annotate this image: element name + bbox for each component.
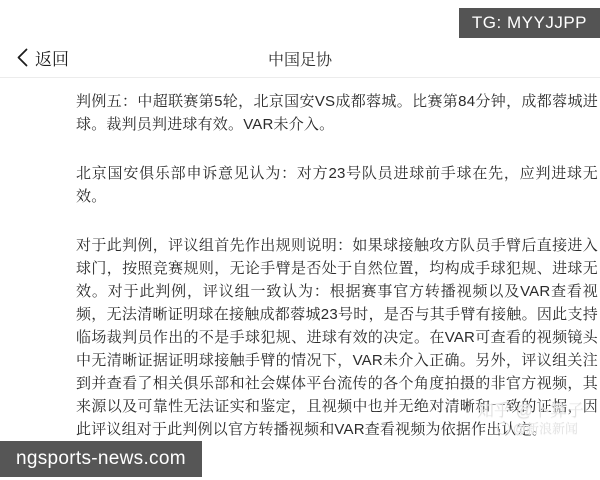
sina-watermark: @新浪新闻 xyxy=(477,421,578,436)
site-watermark-badge: ngsports-news.com xyxy=(0,441,202,477)
source-watermark: 知乎 @卜算子 @新浪新闻 xyxy=(477,401,584,436)
sina-logo-icon xyxy=(497,422,510,435)
tg-watermark-badge: TG: MYYJJPP xyxy=(459,8,600,38)
paragraph-case-summary: 判例五：中超联赛第5轮，北京国安VS成都蓉城。比赛第84分钟，成都蓉城进球。裁判… xyxy=(76,90,598,136)
page-title: 中国足协 xyxy=(0,47,600,70)
article-page: TG: MYYJJPP 返回 中国足协 判例五：中超联赛第5轮，北京国安VS成都… xyxy=(0,0,600,480)
sina-watermark-label: @新浪新闻 xyxy=(513,421,578,436)
paragraph-club-appeal: 北京国安俱乐部申诉意见认为：对方23号队员进球前手球在先，应判进球无效。 xyxy=(76,162,598,208)
navbar: 返回 中国足协 xyxy=(0,40,600,78)
zhihu-author-watermark: 知乎 @卜算子 xyxy=(477,401,584,420)
